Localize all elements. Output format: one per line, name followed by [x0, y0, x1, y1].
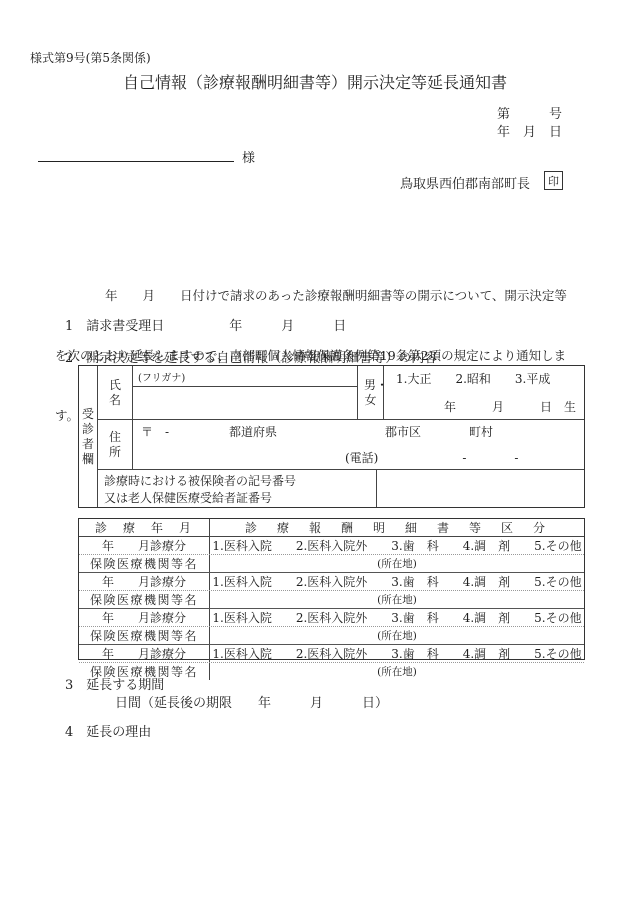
treatment-month-cell: 年 月診療分: [79, 573, 210, 590]
treatment-month-row: 年 月診療分 1.医科入院 2.医科入院外 3.歯 科 4.調 剤 5.その他: [79, 644, 584, 662]
patient-column-label: 受診者欄: [82, 407, 95, 467]
birthdate-cell: 1.大正 2.昭和 3.平成 年 月 日 生: [384, 366, 584, 419]
item-request-receipt-date: 1 請求書受理日 年 月 日: [65, 315, 346, 334]
insurance-number-row: 診療時における被保険者の記号番号 又は老人保健医療受給者証番号: [98, 470, 584, 507]
name-label: 氏名: [108, 378, 122, 408]
form-page: 様式第9号(第5条関係) 自己情報（診療報酬明細書等）開示決定等延長通知書 第 …: [0, 0, 630, 915]
treatment-table-header: 診 療 年 月 診 療 報 酬 明 細 書 等 区 分: [79, 519, 584, 537]
institution-location-label: (所在地): [210, 627, 584, 644]
gender-label: 男・女: [364, 378, 377, 408]
address-phone-line: (電話) - -: [133, 440, 584, 469]
insurance-label-line: 又は老人保健医療受給者証番号: [104, 490, 376, 507]
statement-category-options: 1.医科入院 2.医科入院外 3.歯 科 4.調 剤 5.その他: [210, 645, 584, 662]
furigana-label: (フリガナ): [133, 366, 357, 387]
statement-category-options: 1.医科入院 2.医科入院外 3.歯 科 4.調 剤 5.その他: [210, 537, 584, 554]
insurance-number-label: 診療時における被保険者の記号番号 又は老人保健医療受給者証番号: [98, 470, 377, 507]
treatment-month-row: 年 月診療分 1.医科入院 2.医科入院外 3.歯 科 4.調 剤 5.その他: [79, 608, 584, 626]
medical-institution-row: 保険医療機関等名 (所在地): [79, 626, 584, 644]
insurance-number-blank-field: [377, 470, 584, 507]
patient-info-table: 受診者欄 氏名 (フリガナ) 男・女 1.大正 2.昭和 3.平成 年 月 日 …: [78, 365, 585, 508]
name-label-cell: 氏名: [98, 366, 133, 419]
seal-mark: 印: [544, 171, 563, 190]
treatment-statement-table: 診 療 年 月 診 療 報 酬 明 細 書 等 区 分 年 月診療分 1.医科入…: [78, 518, 585, 660]
item-extension-period-heading: 3 延長する期間: [65, 674, 164, 693]
medical-institution-label: 保険医療機関等名: [79, 591, 210, 608]
statement-category-options: 1.医科入院 2.医科入院外 3.歯 科 4.調 剤 5.その他: [210, 609, 584, 626]
treatment-month-cell: 年 月診療分: [79, 645, 210, 662]
institution-location-label: (所在地): [210, 555, 584, 572]
page-title: 自己情報（診療報酬明細書等）開示決定等延長通知書: [0, 70, 630, 93]
treatment-table-body: 年 月診療分 1.医科入院 2.医科入院外 3.歯 科 4.調 剤 5.その他 …: [79, 537, 584, 680]
patient-table-main: 氏名 (フリガナ) 男・女 1.大正 2.昭和 3.平成 年 月 日 生 住所: [98, 366, 584, 507]
birthdate-fields: 年 月 日 生: [384, 387, 584, 419]
medical-institution-row: 保険医療機関等名 (所在地): [79, 590, 584, 608]
paragraph-line: 年 月 日付けで請求のあった診療報酬明細書等の開示について、開示決定等: [55, 286, 567, 306]
address-line1: 〒 - 都道府県 郡市区 町村: [133, 420, 584, 440]
gender-cell: 男・女: [358, 366, 384, 419]
header-statement-category: 診 療 報 酬 明 細 書 等 区 分: [210, 519, 584, 536]
name-entry-cell: (フリガナ): [133, 366, 358, 419]
medical-institution-label: 保険医療機関等名: [79, 555, 210, 572]
addressee-line: 様: [38, 146, 255, 166]
extension-period-detail: 日間（延長後の期限 年 月 日）: [115, 692, 388, 711]
header-treatment-month: 診 療 年 月: [79, 519, 210, 536]
item-disclosure-content-heading: 2 開示決定等を延長する自己情報（診療報酬明細書等）の内容: [65, 347, 437, 366]
item-extension-reason-heading: 4 延長の理由: [65, 721, 151, 740]
treatment-month-cell: 年 月診療分: [79, 537, 210, 554]
form-number-note: 様式第9号(第5条関係): [30, 49, 151, 66]
issuer-name: 鳥取県西伯郡南部町長: [400, 173, 530, 192]
patient-column-label-cell: 受診者欄: [79, 366, 98, 507]
treatment-month-cell: 年 月診療分: [79, 609, 210, 626]
treatment-month-row: 年 月診療分 1.医科入院 2.医科入院外 3.歯 科 4.調 剤 5.その他: [79, 537, 584, 554]
name-row: 氏名 (フリガナ) 男・女 1.大正 2.昭和 3.平成 年 月 日 生: [98, 366, 584, 420]
name-blank-field: [133, 387, 357, 419]
addressee-honorific: 様: [242, 151, 255, 166]
treatment-month-row: 年 月診療分 1.医科入院 2.医科入院外 3.歯 科 4.調 剤 5.その他: [79, 572, 584, 590]
address-entry-cell: 〒 - 都道府県 郡市区 町村 (電話) - -: [133, 420, 584, 469]
medical-institution-row: 保険医療機関等名 (所在地): [79, 554, 584, 572]
document-number-line: 第 号: [497, 103, 562, 122]
institution-location-label: (所在地): [210, 663, 584, 680]
insurance-label-line: 診療時における被保険者の記号番号: [104, 473, 376, 490]
document-date-line: 年 月 日: [497, 121, 562, 140]
statement-category-options: 1.医科入院 2.医科入院外 3.歯 科 4.調 剤 5.その他: [210, 573, 584, 590]
era-options: 1.大正 2.昭和 3.平成: [384, 366, 584, 387]
institution-location-label: (所在地): [210, 591, 584, 608]
address-label: 住所: [108, 430, 122, 460]
address-label-cell: 住所: [98, 420, 133, 469]
address-row: 住所 〒 - 都道府県 郡市区 町村 (電話) - -: [98, 420, 584, 470]
medical-institution-label: 保険医療機関等名: [79, 627, 210, 644]
addressee-blank-underline: [38, 146, 234, 162]
